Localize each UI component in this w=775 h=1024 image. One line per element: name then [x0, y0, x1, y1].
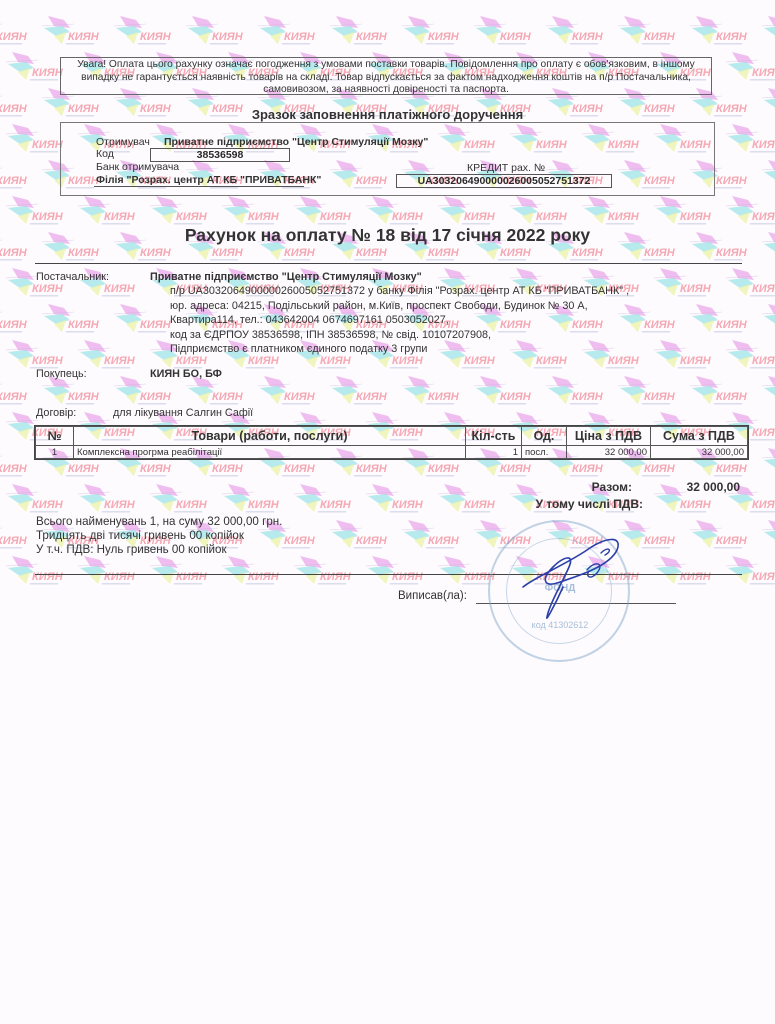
payment-sample-title: Зразок заповнення платіжного доручення: [0, 107, 775, 122]
notice-box: Увага! Оплата цього рахунку означає пого…: [60, 57, 712, 95]
bank-value: Філія "Розрах. центр АТ КБ "ПРИВАТБАНК": [96, 174, 321, 186]
supplier-line: Квартира114, тел.: 043642004 0674697161 …: [170, 313, 629, 328]
col-sum: Сума з ПДВ: [651, 427, 748, 446]
buyer-label: Покупець:: [36, 367, 87, 382]
supplier-line: код за ЄДРПОУ 38536598, ІПН 38536598, № …: [170, 328, 629, 343]
cell-number: 1: [36, 446, 74, 459]
bank-underline: [94, 186, 304, 187]
code-value: 38536598: [150, 148, 290, 162]
cell-goods: Комплексна прогрма реабілітації: [74, 446, 466, 459]
col-qty: Кіл-сть: [466, 427, 522, 446]
table-row: 1Комплексна прогрма реабілітації1посл.32…: [36, 446, 748, 459]
buyer-name: КИЯН БО, БФ: [150, 367, 222, 382]
account-label: КРЕДИТ рах. №: [467, 162, 545, 174]
supplier-label: Постачальник:: [36, 270, 109, 285]
cell-sum: 32 000,00: [651, 446, 748, 459]
bank-label: Банк отримувача: [96, 161, 179, 173]
supplier-line: Підприємство є платником єдиного податку…: [170, 342, 629, 357]
title-divider: [35, 263, 742, 264]
code-label: Код: [96, 148, 114, 160]
issued-by-label: Виписав(ла):: [398, 590, 467, 602]
recipient-label: Отримувач: [96, 136, 150, 148]
invoice-title: Рахунок на оплату № 18 від 17 січня 2022…: [0, 225, 775, 246]
total-label: Разом:: [520, 480, 632, 494]
recipient-value: Приватне підприємство "Центр Стимуляції …: [164, 136, 428, 148]
summary-words-line: Тридцять дві тисячі гривень 00 копійок: [36, 529, 282, 543]
notice-text: Увага! Оплата цього рахунку означає пого…: [77, 59, 695, 95]
table-header-row: № Товари (работи, послуги) Кіл-сть Од. Ц…: [36, 427, 748, 446]
col-goods: Товари (работи, послуги): [74, 427, 466, 446]
summary: Всього найменувань 1, на суму 32 000,00 …: [36, 515, 282, 557]
col-unit: Од.: [522, 427, 567, 446]
cell-price: 32 000,00: [567, 446, 651, 459]
supplier-name: Приватне підприємство "Центр Стимуляції …: [150, 270, 422, 285]
account-value: UA303206490000026005052751372: [396, 174, 612, 188]
summary-count-line: Всього найменувань 1, на суму 32 000,00 …: [36, 515, 282, 529]
cell-unit: посл.: [522, 446, 567, 459]
supplier-line: п/р UA303206490000026005052751372 у банк…: [170, 284, 629, 299]
contract-label: Договір:: [36, 406, 76, 421]
col-price: Ціна з ПДВ: [567, 427, 651, 446]
items-table: № Товари (работи, послуги) Кіл-сть Од. Ц…: [35, 426, 748, 459]
supplier-details: п/р UA303206490000026005052751372 у банк…: [170, 284, 629, 357]
summary-divider: [35, 574, 742, 575]
summary-vat-line: У т.ч. ПДВ: Нуль гривень 00 копійок: [36, 543, 282, 557]
signature-icon: [505, 525, 635, 625]
vat-label: У тому числі ПДВ:: [480, 497, 643, 511]
contract-value: для лікування Салгин Сафії: [113, 406, 253, 421]
supplier-line: юр. адреса: 04215, Подільський район, м.…: [170, 299, 629, 314]
invoice-page: Увага! Оплата цього рахунку означає пого…: [0, 0, 775, 1024]
cell-qty: 1: [466, 446, 522, 459]
col-number: №: [36, 427, 74, 446]
total-value: 32 000,00: [640, 480, 740, 494]
